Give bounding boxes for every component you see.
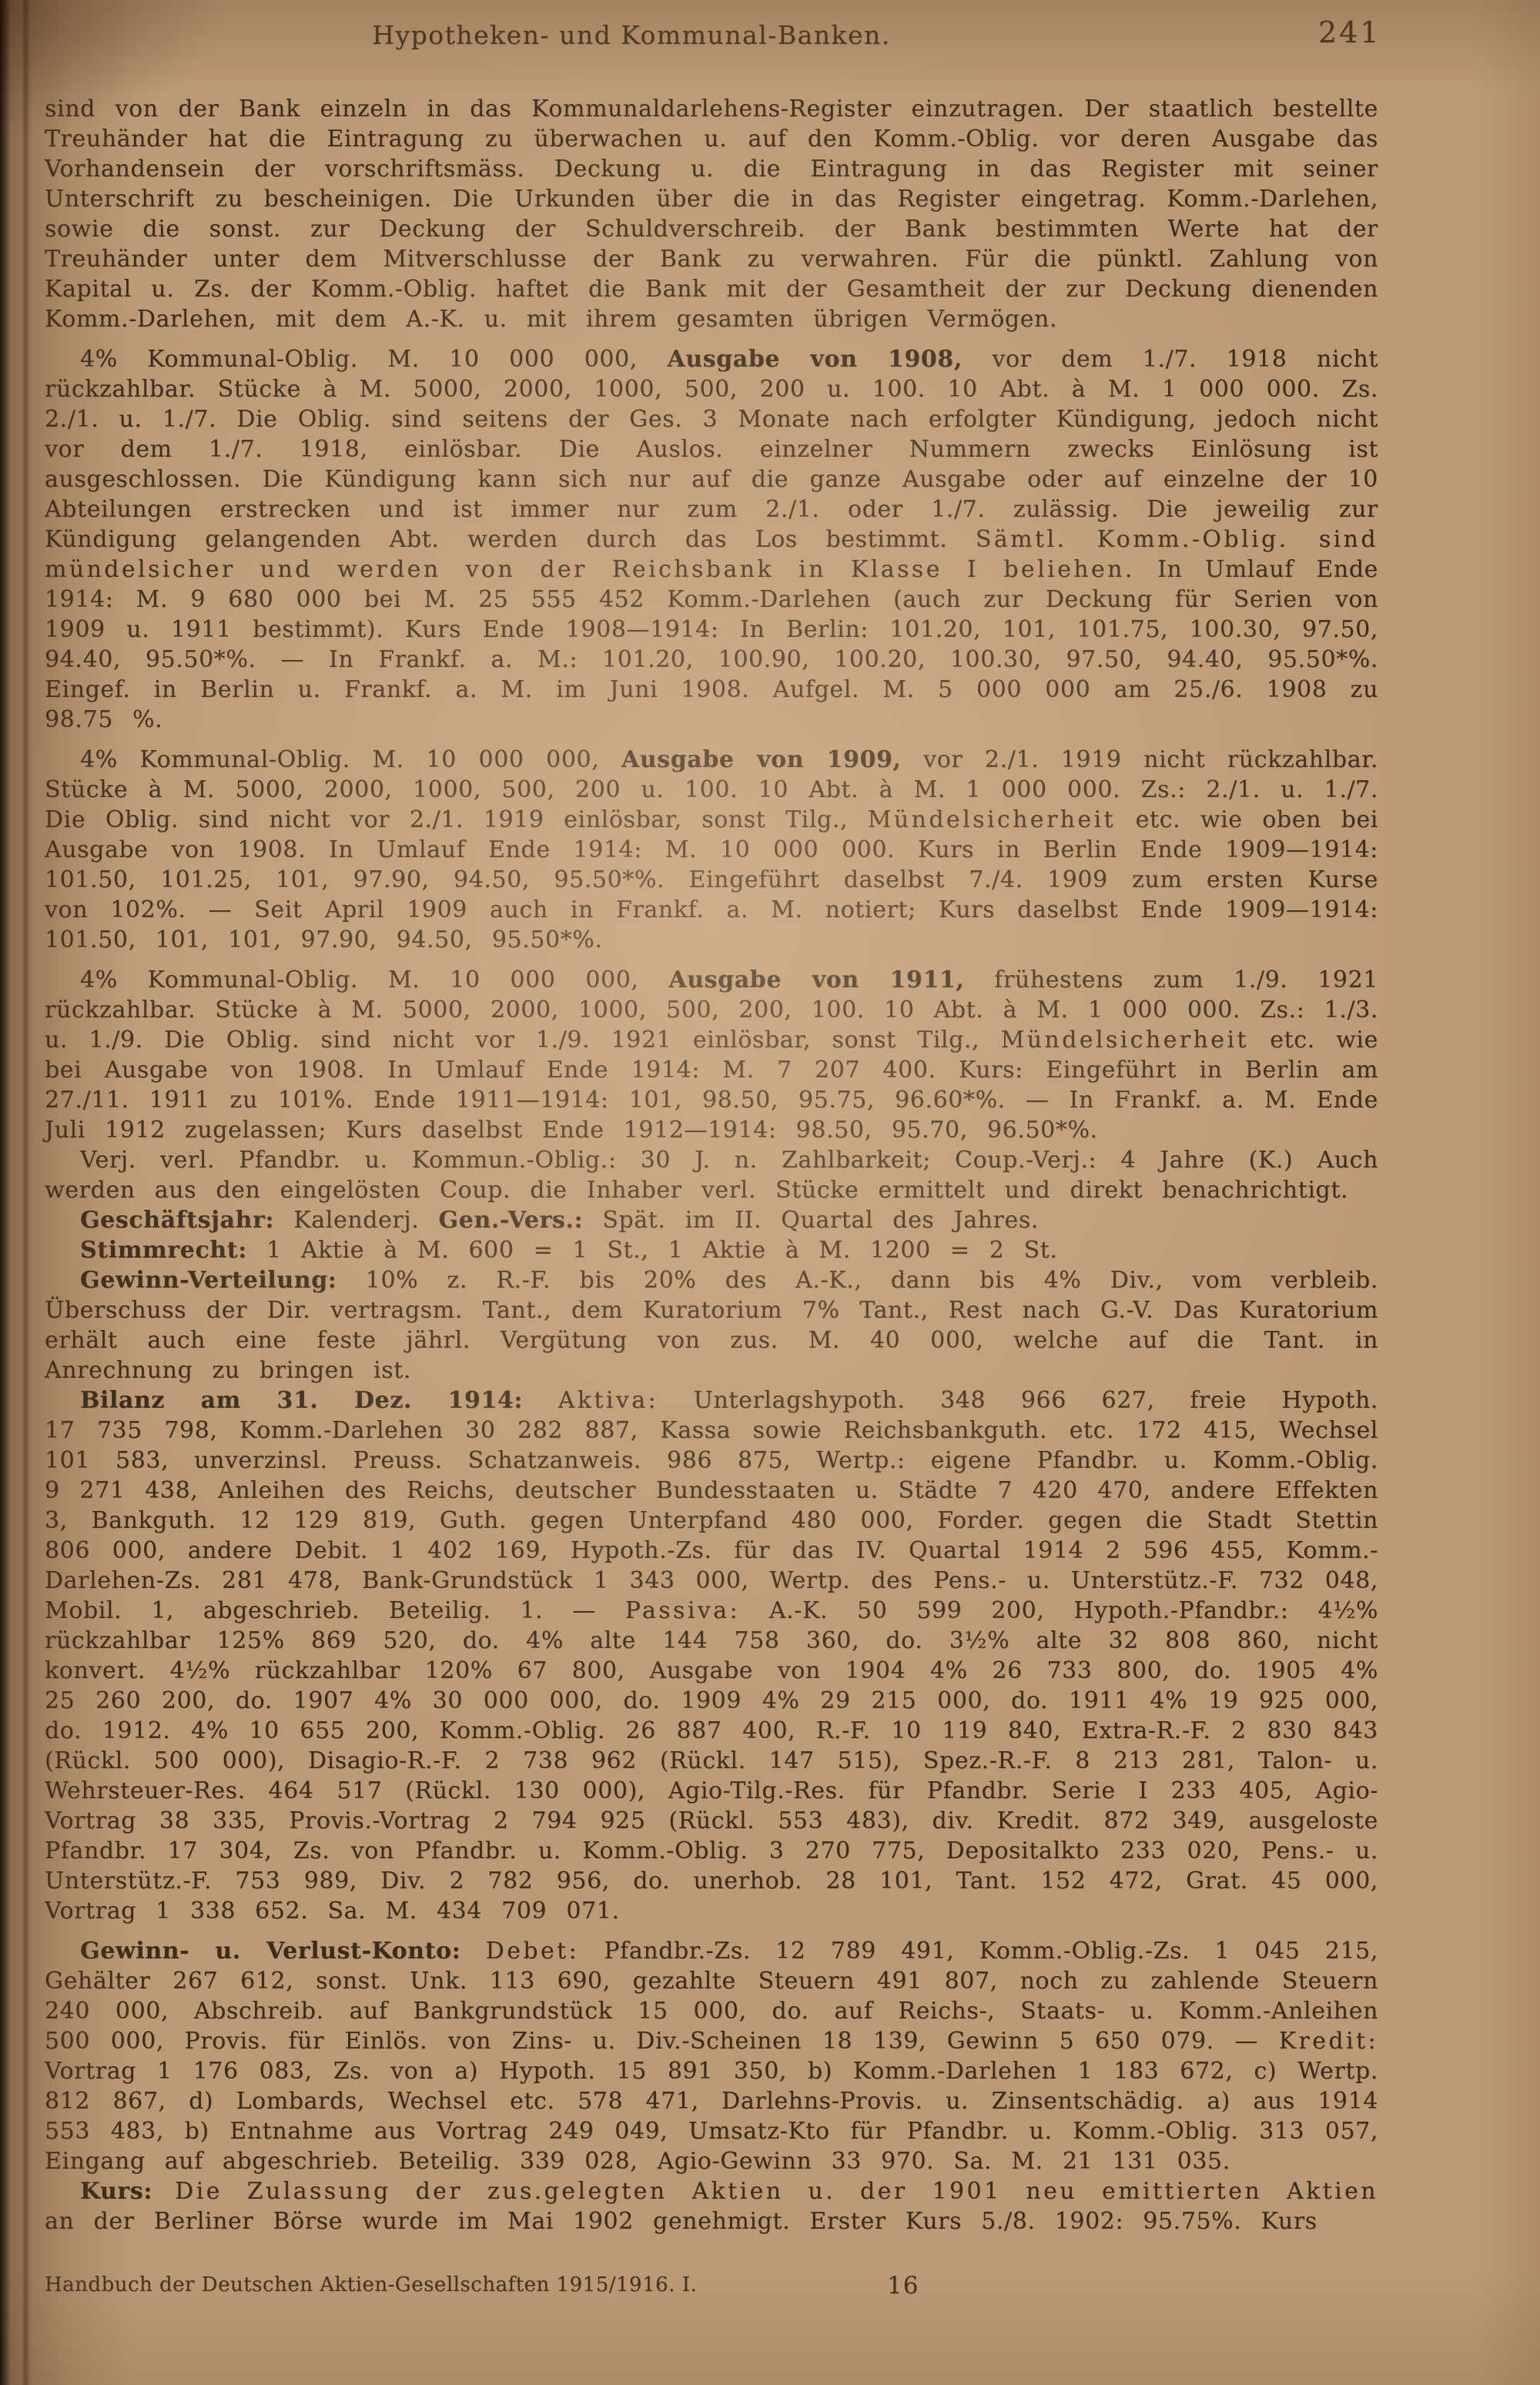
paragraph: Geschäftsjahr: Kalenderj. Gen.-Vers.: Sp… xyxy=(45,1205,1378,1235)
text-run: Ausgabe von 1909, xyxy=(621,746,902,773)
paragraph: Gewinn- u. Verlust-Konto: Debet: Pfandbr… xyxy=(45,1936,1378,2176)
paragraph: Bilanz am 31. Dez. 1914: Aktiva: Unterla… xyxy=(45,1385,1378,1926)
text-run: Gewinn- u. Verlust-Konto: xyxy=(80,1938,460,1965)
paragraph: sind von der Bank einzeln in das Kommuna… xyxy=(45,94,1378,334)
text-run: A.-K. 50 599 200, Hypoth.-Pfandbr.: 4½% … xyxy=(45,1597,1378,1924)
text-run: Kredit: xyxy=(1279,2028,1378,2055)
text-run: Stimmrecht: xyxy=(80,1237,247,1264)
book-page: Hypotheken- und Kommunal-Banken. 241 sin… xyxy=(0,0,1540,2385)
text-run: Aktiva: xyxy=(558,1387,658,1414)
paragraph: Kurs: Die Zulassung der zus.gelegten Akt… xyxy=(45,2176,1378,2236)
text-run: vor dem 1./7. 1918 nicht rückzahlbar. St… xyxy=(45,346,1378,553)
text-run: Passiva: xyxy=(625,1597,740,1624)
paragraph: 4% Kommunal-Oblig. M. 10 000 000, Ausgab… xyxy=(45,965,1378,1145)
text-run: Geschäftsjahr: xyxy=(80,1207,274,1234)
paragraph: Gewinn-Verteilung: 10% z. R.-F. bis 20% … xyxy=(45,1265,1378,1385)
paragraph: 4% Kommunal-Oblig. M. 10 000 000, Ausgab… xyxy=(45,344,1378,735)
text-run: Gen.-Vers.: xyxy=(439,1207,584,1234)
footer: Handbuch der Deutschen Aktien-Gesellscha… xyxy=(45,2273,1378,2296)
text-run xyxy=(460,1938,485,1965)
text-run: 1 Aktie à M. 600 = 1 St., 1 Aktie à M. 1… xyxy=(247,1237,1058,1264)
text-run: Unterlagshypoth. 348 966 627, freie Hypo… xyxy=(45,1387,1378,1624)
page-number: 241 xyxy=(1318,15,1381,49)
paragraph: 4% Kommunal-Oblig. M. 10 000 000, Ausgab… xyxy=(45,745,1378,955)
text-run: Gewinn-Verteilung: xyxy=(80,1267,336,1294)
text-run: sind von der Bank einzeln in das Kommuna… xyxy=(45,95,1378,333)
text-run: Ausgabe von 1908, xyxy=(667,346,962,373)
text-run: 4% Kommunal-Oblig. M. 10 000 000, xyxy=(80,746,621,773)
text-run xyxy=(152,2178,175,2205)
text-run: Debet: xyxy=(486,1938,579,1965)
text-run: Kurs: xyxy=(80,2178,152,2205)
text-run: Bilanz am 31. Dez. 1914: xyxy=(80,1387,523,1414)
text-run: Mündelsicherheit xyxy=(868,806,1116,833)
paragraph: Verj. verl. Pfandbr. u. Kommun.-Oblig.: … xyxy=(45,1145,1378,1205)
text-run: an der Berliner Börse wurde im Mai 1902 … xyxy=(45,2208,1317,2235)
running-header-title: Hypotheken- und Kommunal-Banken. xyxy=(323,20,939,50)
sheet-signature-number: 16 xyxy=(887,2272,919,2300)
text-run: Mündelsicherheit xyxy=(1001,1027,1249,1053)
text-run: Ausgabe von 1911, xyxy=(668,966,964,993)
text-body: sind von der Bank einzeln in das Kommuna… xyxy=(45,94,1378,2236)
paragraph: Stimmrecht: 1 Aktie à M. 600 = 1 St., 1 … xyxy=(45,1235,1378,1265)
text-run: 4% Kommunal-Oblig. M. 10 000 000, xyxy=(80,966,668,993)
text-run: Kalenderj. xyxy=(274,1207,438,1234)
text-run: Die Zulassung der zus.gelegten Aktien u.… xyxy=(175,2178,1378,2205)
text-run: Verj. verl. Pfandbr. u. Kommun.-Oblig.: … xyxy=(45,1147,1378,1204)
text-run: Spät. im II. Quartal des Jahres. xyxy=(583,1207,1039,1234)
text-run xyxy=(523,1387,558,1414)
text-run: 4% Kommunal-Oblig. M. 10 000 000, xyxy=(80,346,667,373)
text-run: Vortrag 1 176 083, Zs. von a) Hypoth. 15… xyxy=(45,2058,1378,2175)
footer-imprint: Handbuch der Deutschen Aktien-Gesellscha… xyxy=(45,2273,697,2296)
